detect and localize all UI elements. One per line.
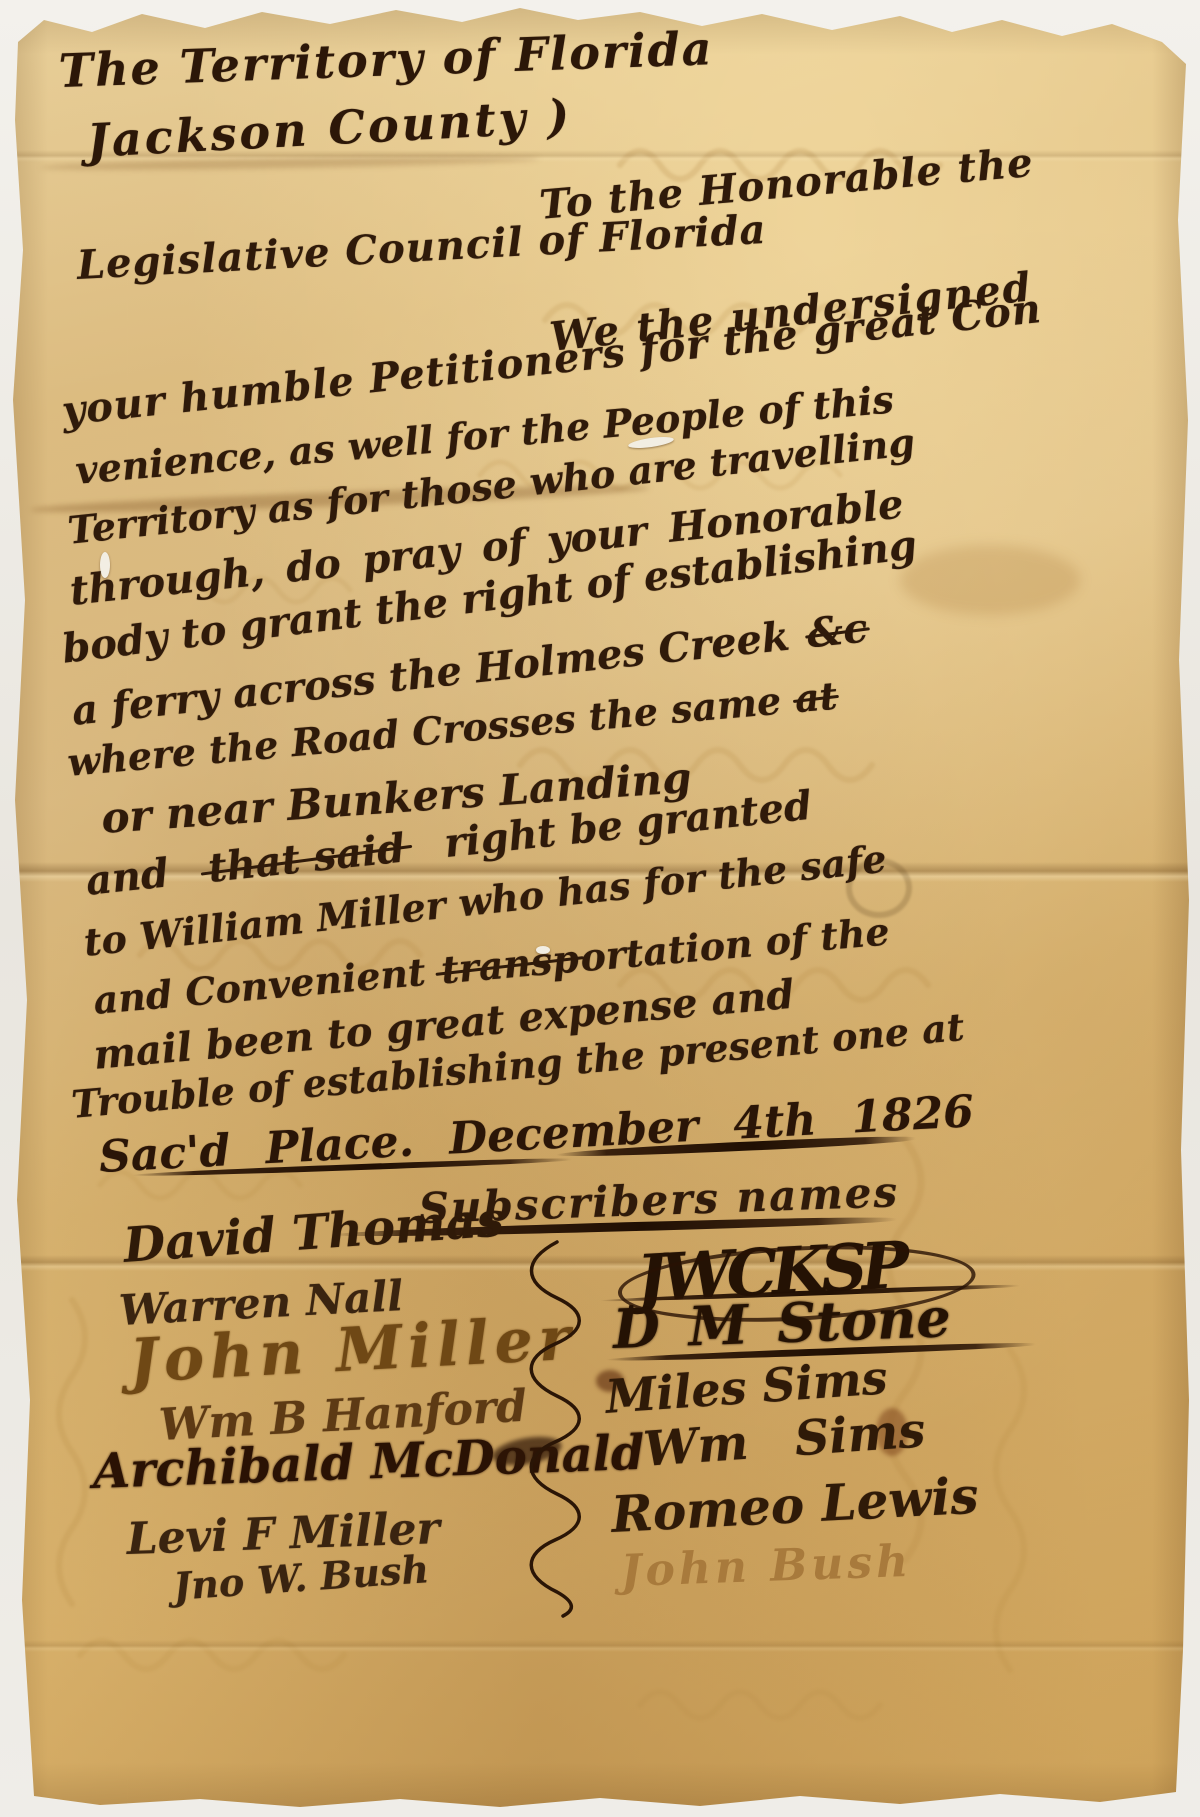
scanned-document: The Territory of Florida Jackson County …: [0, 0, 1200, 1817]
struck-text: at: [793, 677, 838, 719]
aged-paper-sheet: The Territory of Florida Jackson County …: [0, 0, 1200, 1817]
signature-faded: John Bush: [620, 1540, 913, 1594]
struck-text: transp: [440, 940, 581, 990]
struck-text: &c: [805, 608, 869, 654]
column-divider-squiggle: [515, 1238, 599, 1618]
line-text: and: [84, 849, 171, 904]
